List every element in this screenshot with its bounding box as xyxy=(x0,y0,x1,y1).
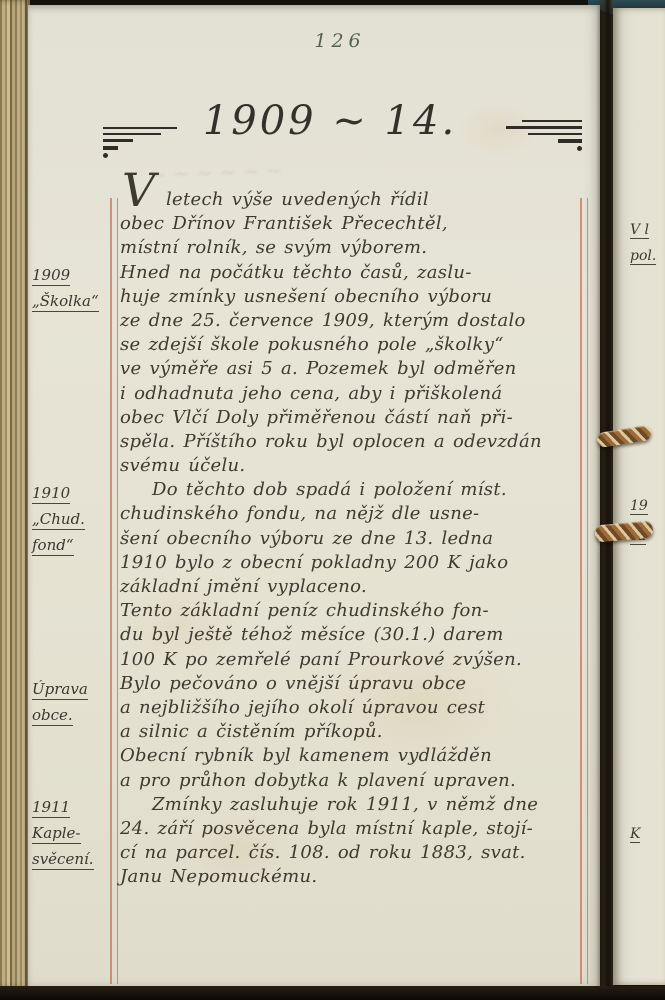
margin-note-text: „Školka“ xyxy=(32,292,99,312)
margin-note-text: Úprava xyxy=(32,680,88,700)
flourish-line xyxy=(103,139,133,142)
handwritten-line: se zdejší škole pokusného pole „školky“ xyxy=(120,333,582,357)
flourish-dot xyxy=(577,146,582,151)
margin-note-text: svěcení. xyxy=(32,850,94,870)
handwritten-line: huje zmínky usnešení obecního výboru xyxy=(120,285,582,309)
margin-note-text: „Chud. fond“ xyxy=(32,510,85,556)
next-page-text-fragment: pol. xyxy=(630,248,665,264)
handwritten-line: Zmínky zasluhuje rok 1911, v němž dne xyxy=(120,793,582,817)
fragment-text: K xyxy=(630,826,640,843)
handwritten-line: a nejbližšího jejího okolí úpravou cest xyxy=(120,696,582,720)
handwritten-line: Bylo pečováno o vnější úpravu obce xyxy=(120,672,582,696)
flourish-line xyxy=(103,127,177,129)
handwritten-line: spěla. Příštího roku byl oplocen a odevz… xyxy=(120,430,582,454)
handwritten-line: Do těchto dob spadá i položení míst. xyxy=(120,478,582,502)
book-page-edges xyxy=(0,0,30,988)
margin-note: 1910„Chud. fond“ xyxy=(32,480,110,558)
flourish-line xyxy=(522,120,582,122)
next-page-text-fragment: 19 xyxy=(630,498,665,514)
handwritten-line: cí na parcel. čís. 108. od roku 1883, sv… xyxy=(120,841,582,865)
handwritten-line: 100 K po zemřelé paní Prourkové zvýšen. xyxy=(120,648,582,672)
chapter-heading: 1909 ~ 14. xyxy=(175,98,485,144)
handwritten-line: Obecní rybník byl kamenem vydlážděn xyxy=(120,744,582,768)
handwritten-line: a silnic a čistěním příkopů. xyxy=(120,720,582,744)
flourish-line xyxy=(506,126,582,129)
flourish-right xyxy=(506,120,582,151)
handwritten-line: du byl ještě téhož měsíce (30.1.) darem xyxy=(120,623,582,647)
next-page-text-fragment: V l xyxy=(630,222,665,238)
photo-of-chronicle: { "page": { "page_number": "126", "headi… xyxy=(0,0,665,1000)
margin-note: Úpravaobce. xyxy=(32,676,110,728)
fragment-text: 19 xyxy=(630,498,648,515)
handwritten-line: obec Vlčí Doly přiměřenou částí naň při- xyxy=(120,406,582,430)
margin-note-text: 1911 xyxy=(32,798,70,818)
handwritten-line: 24. září posvěcena byla místní kaple, st… xyxy=(120,817,582,841)
margin-note-text: 1910 xyxy=(32,484,70,504)
handwritten-line: 1910 bylo z obecní pokladny 200 K jako xyxy=(120,551,582,575)
flourish-dot xyxy=(103,153,108,158)
page-number: 126 xyxy=(295,30,385,52)
margin-rule-left xyxy=(110,198,118,984)
margin-note: 1909„Školka“ xyxy=(32,262,110,314)
next-page-text-fragment: K xyxy=(630,826,665,842)
handwritten-line: místní rolník, se svým výborem. xyxy=(120,236,582,260)
flourish-line xyxy=(103,146,118,150)
flourish-line xyxy=(558,139,582,143)
handwritten-body: V letech výše uvedených řídilobec Dřínov… xyxy=(120,188,582,889)
margin-note-text: 1909 xyxy=(32,266,70,286)
handwritten-line: Janu Nepomuckému. xyxy=(120,865,582,889)
handwritten-line: chudinského fondu, na nějž dle usne- xyxy=(120,502,582,526)
ink-bleedthrough: ~ ~ ~ ~ ~ ~ xyxy=(150,158,283,187)
handwritten-line: obec Dřínov František Přecechtěl, xyxy=(120,212,582,236)
fragment-text: pol. xyxy=(630,248,656,265)
flourish-line xyxy=(528,133,582,135)
handwritten-line: letech výše uvedených řídil xyxy=(120,188,582,212)
margin-note: 1911Kaple-svěcení. xyxy=(32,794,110,872)
flourish-left xyxy=(103,127,177,158)
handwritten-line: ve výměře asi 5 a. Pozemek byl odměřen xyxy=(120,357,582,381)
drop-cap: V xyxy=(122,178,156,202)
handwritten-line: svému účelu. xyxy=(120,454,582,478)
flourish-line xyxy=(103,133,161,135)
next-page-sliver: V lpol.19čaK xyxy=(613,8,665,985)
handwritten-line: Tento základní peníz chudinského fon- xyxy=(120,599,582,623)
margin-note-text: Kaple- xyxy=(32,824,81,844)
handwritten-line: ze dne 25. července 1909, kterým dostalo xyxy=(120,309,582,333)
book-bottom-edge xyxy=(0,986,665,1000)
fragment-text: V l xyxy=(630,222,649,239)
handwritten-line: i odhadnuta jeho cena, aby i přiškolená xyxy=(120,382,582,406)
handwritten-line: a pro průhon dobytka k plavení upraven. xyxy=(120,769,582,793)
handwritten-line: šení obecního výboru ze dne 13. ledna xyxy=(120,527,582,551)
handwritten-line: základní jmění vyplaceno. xyxy=(120,575,582,599)
handwritten-line: Hned na počátku těchto časů, zaslu- xyxy=(120,261,582,285)
margin-note-text: obce. xyxy=(32,706,73,726)
